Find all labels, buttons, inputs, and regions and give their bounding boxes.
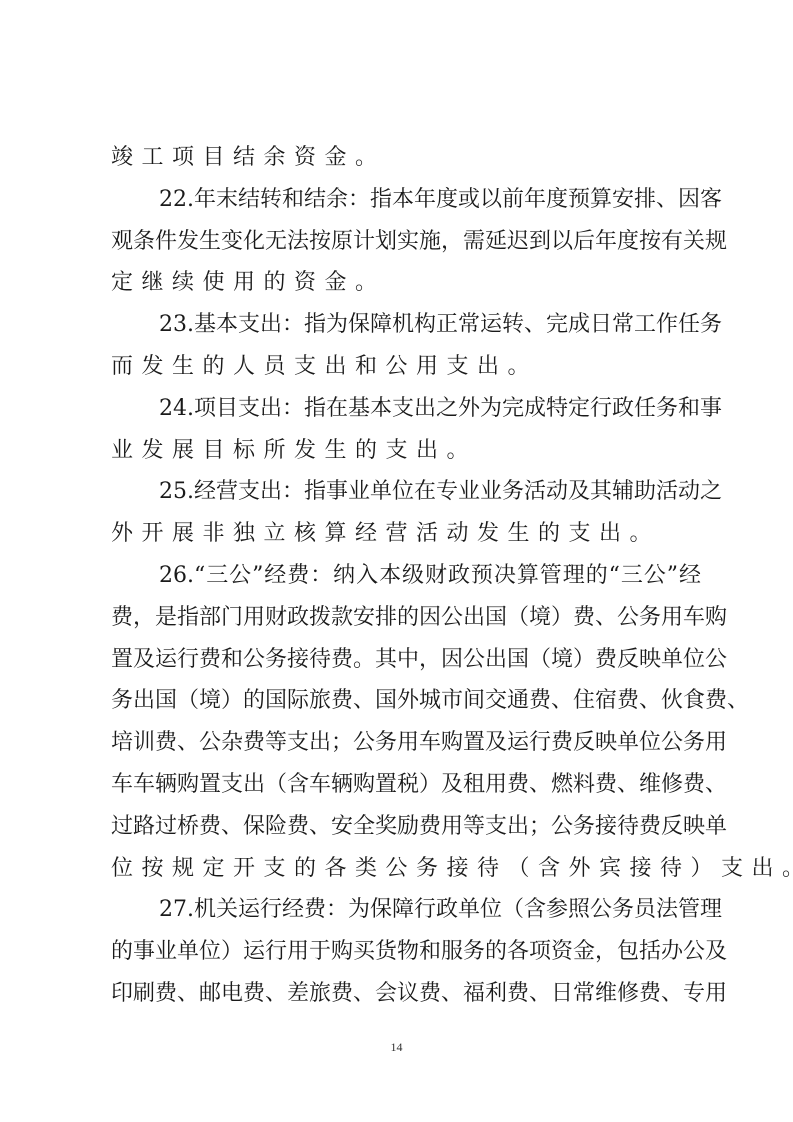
document-page: 竣工项目结余资金。 22.年末结转和结余：指本年度或以前年度预算安排、因客 观条…: [0, 0, 793, 1122]
text-line: 外开展非独立核算经营活动发生的支出。: [111, 513, 701, 555]
text-line: 过路过桥费、保险费、安全奖励费用等支出；公务接待费反映单: [111, 806, 701, 848]
text-line: 业发展目标所发生的支出。: [111, 430, 701, 472]
text-line: 车车辆购置支出（含车辆购置税）及租用费、燃料费、维修费、: [111, 764, 701, 806]
definition-24-line: 24.项目支出：指在基本支出之外为完成特定行政任务和事: [111, 388, 701, 430]
definition-27-line: 27.机关运行经费：为保障行政单位（含参照公务员法管理: [111, 889, 701, 931]
text-line: 务出国（境）的国际旅费、国外城市间交通费、住宿费、伙食费、: [111, 680, 701, 722]
text-line: 观条件发生变化无法按原计划实施，需延迟到以后年度按有关规: [111, 221, 701, 263]
definition-25-line: 25.经营支出：指事业单位在专业业务活动及其辅助活动之: [111, 471, 701, 513]
definition-23-line: 23.基本支出：指为保障机构正常运转、完成日常工作任务: [111, 304, 701, 346]
definition-22-line: 22.年末结转和结余：指本年度或以前年度预算安排、因客: [111, 179, 701, 221]
text-line: 定继续使用的资金。: [111, 262, 701, 304]
text-line: 的事业单位）运行用于购买货物和服务的各项资金，包括办公及: [111, 931, 701, 973]
text-line: 印刷费、邮电费、差旅费、会议费、福利费、日常维修费、专用: [111, 973, 701, 1015]
definition-26-line: 26.“三公”经费：纳入本级财政预决算管理的“三公”经: [111, 555, 701, 597]
body-text: 竣工项目结余资金。 22.年末结转和结余：指本年度或以前年度预算安排、因客 观条…: [111, 137, 701, 1015]
text-line: 培训费、公杂费等支出；公务用车购置及运行费反映单位公务用: [111, 722, 701, 764]
text-line: 置及运行费和公务接待费。其中，因公出国（境）费反映单位公: [111, 639, 701, 681]
text-line: 而发生的人员支出和公用支出。: [111, 346, 701, 388]
text-line: 竣工项目结余资金。: [111, 137, 701, 179]
text-line: 位按规定开支的各类公务接待（含外宾接待）支出。: [111, 848, 701, 890]
page-number: 14: [0, 1040, 793, 1055]
text-line: 费，是指部门用财政拨款安排的因公出国（境）费、公务用车购: [111, 597, 701, 639]
